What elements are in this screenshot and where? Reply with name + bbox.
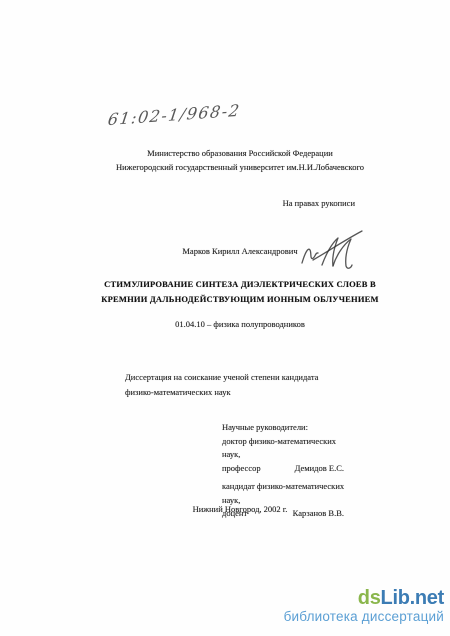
dslib-logo: dsLib.net xyxy=(284,588,444,609)
city-year: Нижний Новгород, 2002 г. xyxy=(28,502,450,516)
thesis-line-2: физико-математических наук xyxy=(125,385,318,400)
title-line-2: КРЕМНИИ ДАЛЬНОДЕЙСТВУЮЩИМ ИОННЫМ ОБЛУЧЕН… xyxy=(28,292,450,307)
specialty-code: 01.04.10 – физика полупроводников xyxy=(28,317,450,331)
ministry-block: Министерство образования Российской Феде… xyxy=(28,146,450,174)
thesis-statement: Диссертация на соискание ученой степени … xyxy=(125,370,318,399)
supervisor-1-row: профессор Демидов Е.С. xyxy=(222,462,344,476)
supervisor-1-position: профессор xyxy=(222,462,261,476)
handwritten-catalog-number: 61:02-1/968-2 xyxy=(107,101,242,129)
university-line: Нижегородский государственный университе… xyxy=(28,160,450,174)
ministry-line-1: Министерство образования Российской Феде… xyxy=(28,146,450,160)
supervisors-heading: Научные руководители: xyxy=(222,421,348,435)
dslib-logo-blue-part: Lib.net xyxy=(381,587,444,609)
title-line-1: СТИМУЛИРОВАНИЕ СИНТЕЗА ДИЭЛЕКТРИЧЕСКИХ С… xyxy=(28,277,450,292)
dslib-logo-green-part: ds xyxy=(358,587,381,609)
dslib-subtitle: библиотека диссертаций xyxy=(284,610,444,624)
supervisor-1-degree: доктор физико-математических наук, xyxy=(222,435,348,462)
thesis-line-1: Диссертация на соискание ученой степени … xyxy=(125,370,318,385)
dissertation-title-page: 61:02-1/968-2 Министерство образования Р… xyxy=(0,0,450,636)
dissertation-title: СТИМУЛИРОВАНИЕ СИНТЕЗА ДИЭЛЕКТРИЧЕСКИХ С… xyxy=(28,277,450,307)
supervisor-1-name: Демидов Е.С. xyxy=(295,462,344,476)
author-signature xyxy=(299,227,367,273)
manuscript-rights-note: На правах рукописи xyxy=(283,198,355,208)
author-name: Марков Кирилл Александрович xyxy=(28,244,450,258)
dslib-watermark: dsLib.net библиотека диссертаций xyxy=(284,588,444,624)
